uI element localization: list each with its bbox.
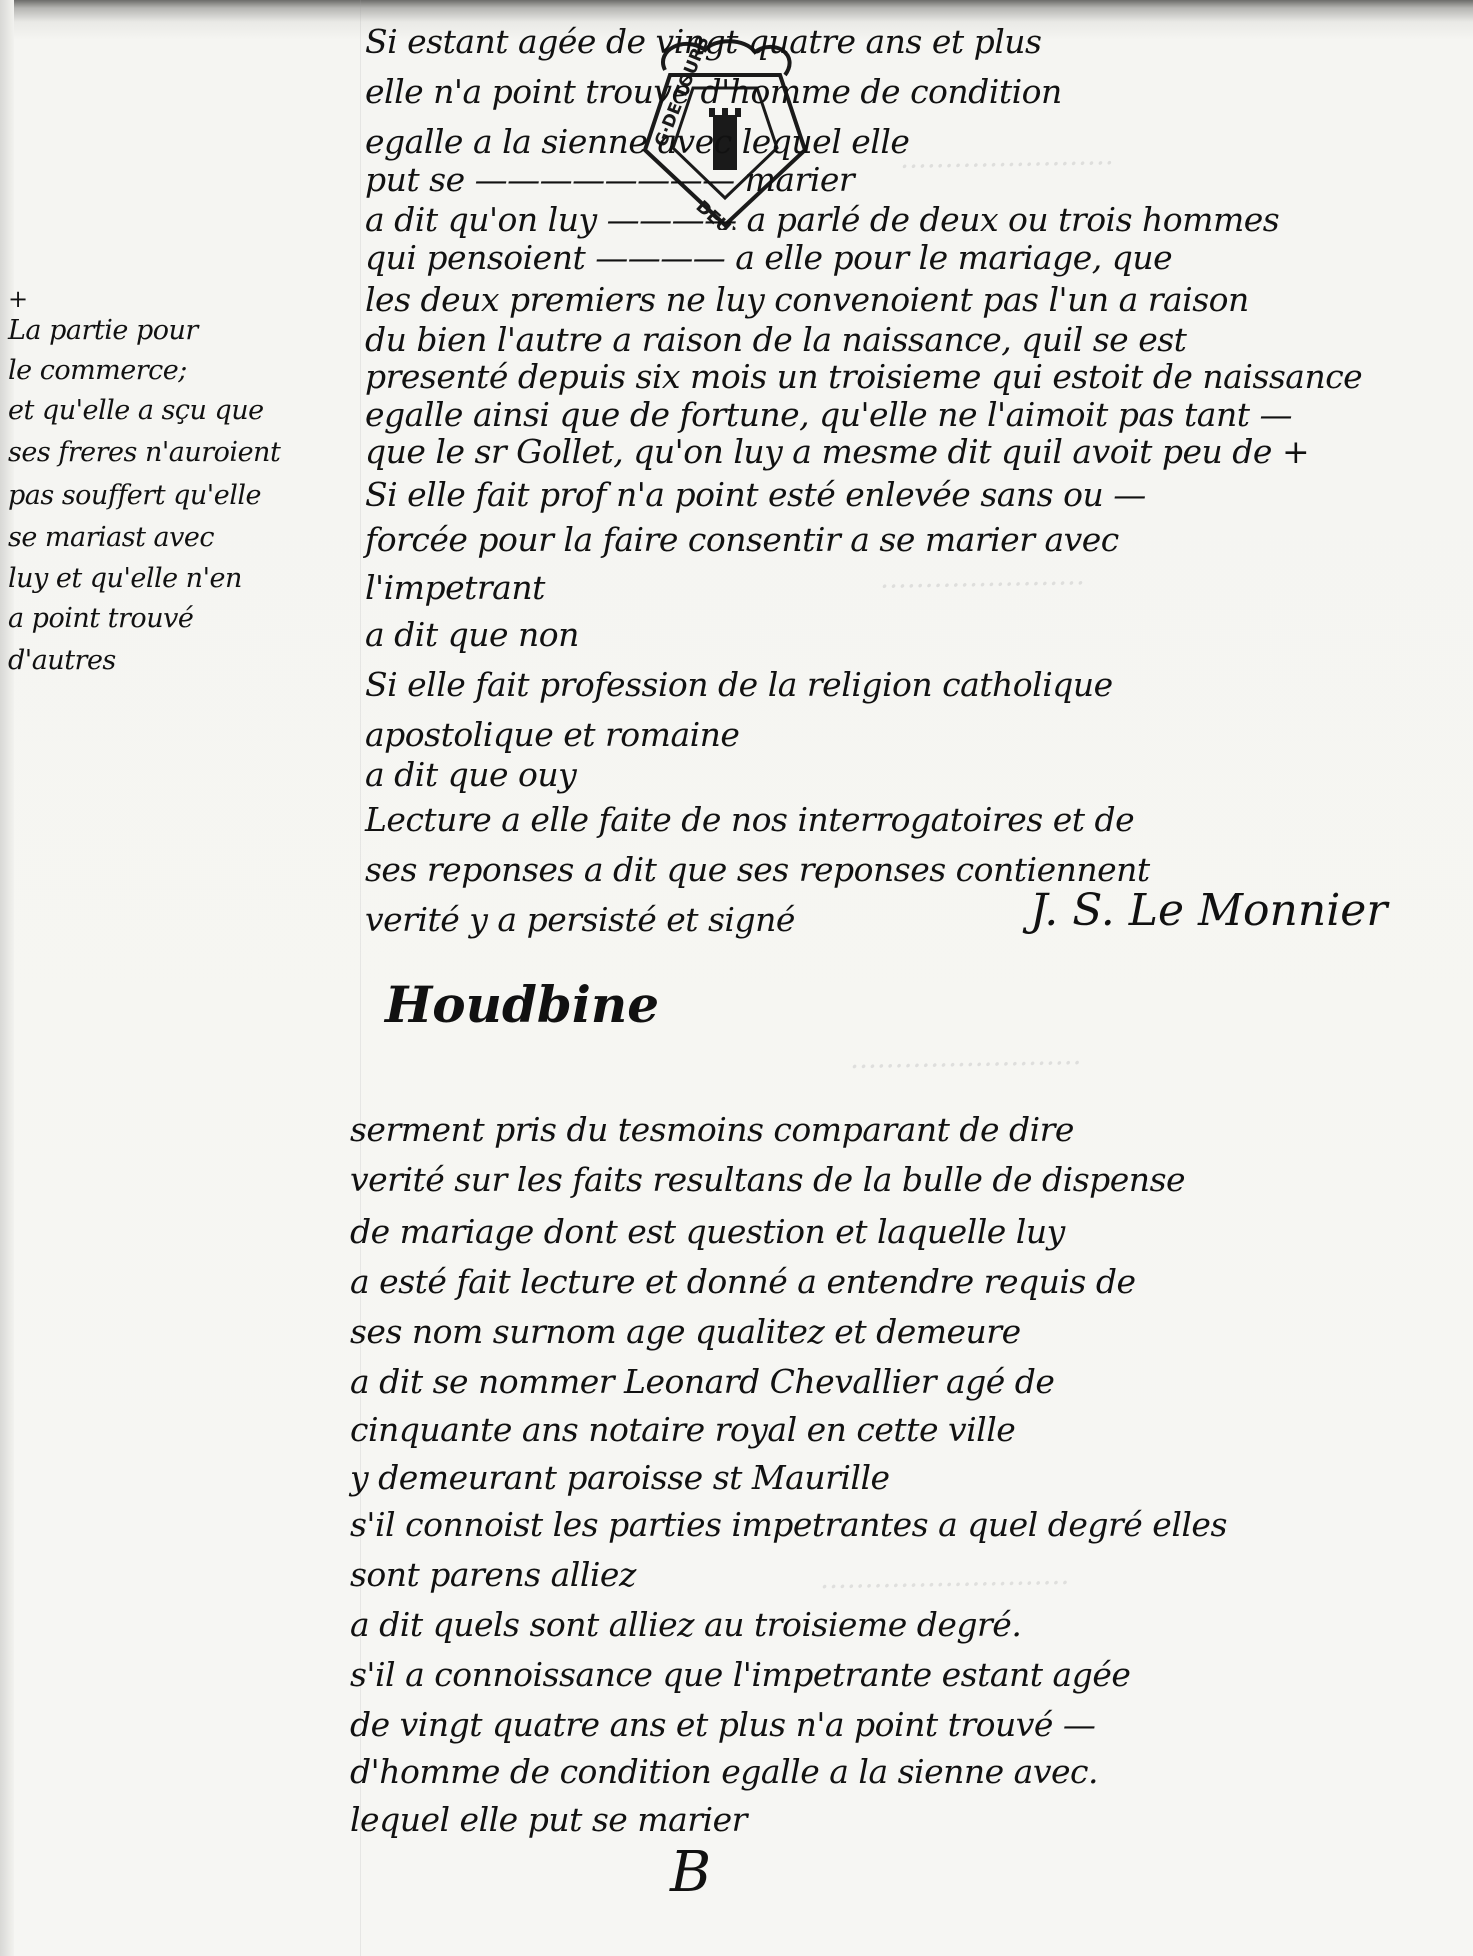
manuscript-line: ses nom surnom age qualitez et demeure	[350, 1312, 1021, 1351]
margin-note-line: La partie pour	[8, 315, 198, 346]
manuscript-line: les deux premiers ne luy convenoient pas…	[365, 280, 1249, 319]
manuscript-line: lequel elle put se marier	[350, 1800, 747, 1839]
manuscript-line: sont parens alliez	[350, 1555, 636, 1594]
margin-note-line: pas souffert qu'elle	[8, 480, 261, 511]
manuscript-line: l'impetrant	[365, 568, 545, 607]
bleed-through-text: ............................	[820, 1558, 1070, 1595]
manuscript-line: a dit se nommer Leonard Chevallier agé d…	[350, 1362, 1054, 1401]
signature-houdbine: Houdbine	[385, 975, 659, 1034]
margin-note-line: d'autres	[8, 645, 116, 676]
margin-note-line: se mariast avec	[8, 522, 214, 553]
manuscript-page: ........................ ...............…	[0, 0, 1473, 1956]
manuscript-line: presenté depuis six mois un troisieme qu…	[365, 357, 1362, 396]
manuscript-line: de vingt quatre ans et plus n'a point tr…	[350, 1705, 1095, 1744]
manuscript-line: qui pensoient ———— a elle pour le mariag…	[365, 238, 1172, 277]
manuscript-line: d'homme de condition egalle a la sienne …	[350, 1752, 1098, 1791]
manuscript-line: Lecture a elle faite de nos interrogatoi…	[365, 800, 1134, 839]
manuscript-line: y demeurant paroisse st Maurille	[350, 1458, 890, 1497]
manuscript-line: du bien l'autre a raison de la naissance…	[365, 320, 1186, 359]
manuscript-line: Si elle fait prof n'a point esté enlevée…	[365, 475, 1146, 514]
margin-note-line: luy et qu'elle n'en	[8, 563, 242, 594]
bleed-through-text: ..........................	[850, 1038, 1082, 1075]
paraph-initial: B	[670, 1840, 711, 1905]
margin-note-line: le commerce;	[8, 355, 187, 386]
manuscript-line: a esté fait lecture et donné a entendre …	[350, 1262, 1136, 1301]
manuscript-line: verité y a persisté et signé	[365, 900, 795, 939]
manuscript-line: put se ———————— marier	[365, 160, 854, 199]
margin-insert-marker: +	[8, 285, 28, 313]
manuscript-line: que le sr Gollet, qu'on luy a mesme dit …	[365, 432, 1309, 471]
manuscript-line: a dit que ouy	[365, 755, 576, 794]
manuscript-line: de mariage dont est question et laquelle…	[350, 1212, 1065, 1251]
manuscript-line: cinquante ans notaire royal en cette vil…	[350, 1410, 1015, 1449]
margin-note-line: a point trouvé	[8, 603, 193, 634]
bleed-through-text: ........................	[900, 138, 1114, 175]
manuscript-line: apostolique et romaine	[365, 715, 739, 754]
manuscript-line: serment pris du tesmoins comparant de di…	[350, 1110, 1074, 1149]
manuscript-line: forcée pour la faire consentir a se mari…	[365, 520, 1119, 559]
manuscript-line: Si elle fait profession de la religion c…	[365, 665, 1113, 704]
margin-note-line: et qu'elle a sçu que	[8, 395, 264, 426]
manuscript-line: a dit qu'on luy ———— a parlé de deux ou …	[365, 200, 1279, 239]
manuscript-line: a dit que non	[365, 615, 579, 654]
signature-le-monnier: J. S. Le Monnier	[1030, 885, 1387, 936]
manuscript-line: egalle a la sienne avec lequel elle	[365, 122, 909, 161]
manuscript-line: a dit quels sont alliez au troisieme deg…	[350, 1605, 1021, 1644]
manuscript-line: ses reponses a dit que ses reponses cont…	[365, 850, 1150, 889]
manuscript-line: elle n'a point trouvé d'homme de conditi…	[365, 72, 1062, 111]
bleed-through-text: .......................	[880, 558, 1085, 595]
manuscript-line: s'il a connoissance que l'impetrante est…	[350, 1655, 1130, 1694]
manuscript-line: egalle ainsi que de fortune, qu'elle ne …	[365, 395, 1292, 434]
margin-note-line: ses freres n'auroient	[8, 437, 280, 468]
manuscript-line: s'il connoist les parties impetrantes a …	[350, 1505, 1227, 1544]
manuscript-line: verité sur les faits resultans de la bul…	[350, 1160, 1185, 1199]
manuscript-line: Si estant agée de vingt quatre ans et pl…	[365, 22, 1041, 61]
